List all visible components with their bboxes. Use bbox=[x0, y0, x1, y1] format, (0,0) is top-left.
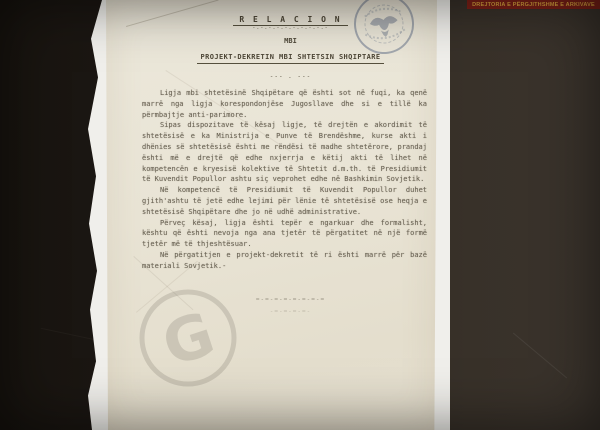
document-body: Ligja mbi shtetësinë Shqipëtare që ështi… bbox=[142, 88, 427, 272]
photo-background: R E L A C I O N -.-.-.-.-.-.-.-.-.- MBI … bbox=[0, 0, 600, 430]
doc-subtitle: MBI bbox=[154, 37, 427, 45]
archive-banner: DREJTORIA E PËRGJITHSHME E ARKIVAVE bbox=[467, 0, 600, 9]
paragraph-4: Përveç kësaj, ligja ështi tepër e ngarku… bbox=[142, 218, 427, 250]
doc-subject-text: PROJEKT-DEKRETIN MBI SHTETSIN SHQIPTARE bbox=[197, 53, 385, 64]
paragraph-1: Ligja mbi shtetësinë Shqipëtare që ështi… bbox=[142, 88, 427, 120]
title-ornament: --- . --- bbox=[154, 73, 427, 80]
document-content: R E L A C I O N -.-.-.-.-.-.-.-.-.- MBI … bbox=[106, 0, 437, 315]
paragraph-3: Në kompetencë të Presidiumit të Kuvendit… bbox=[142, 185, 427, 217]
archive-banner-label: DREJTORIA E PËRGJITHSHME E ARKIVAVE bbox=[472, 2, 595, 8]
doc-subject: PROJEKT-DEKRETIN MBI SHTETSIN SHQIPTARE bbox=[154, 53, 427, 64]
background-scratch bbox=[513, 333, 567, 379]
document-page: R E L A C I O N -.-.-.-.-.-.-.-.-.- MBI … bbox=[106, 0, 437, 430]
paragraph-2: Sipas dispozitave të kësaj ligje, të dre… bbox=[142, 120, 427, 185]
paragraph-5: Në përgatitjen e projekt-dekretit të ri … bbox=[142, 250, 427, 272]
title-underline-dashes: -.-.-.-.-.-.-.-.-.- bbox=[154, 26, 427, 30]
archive-circle-watermark-icon: G bbox=[136, 286, 240, 390]
svg-text:G: G bbox=[154, 299, 222, 381]
